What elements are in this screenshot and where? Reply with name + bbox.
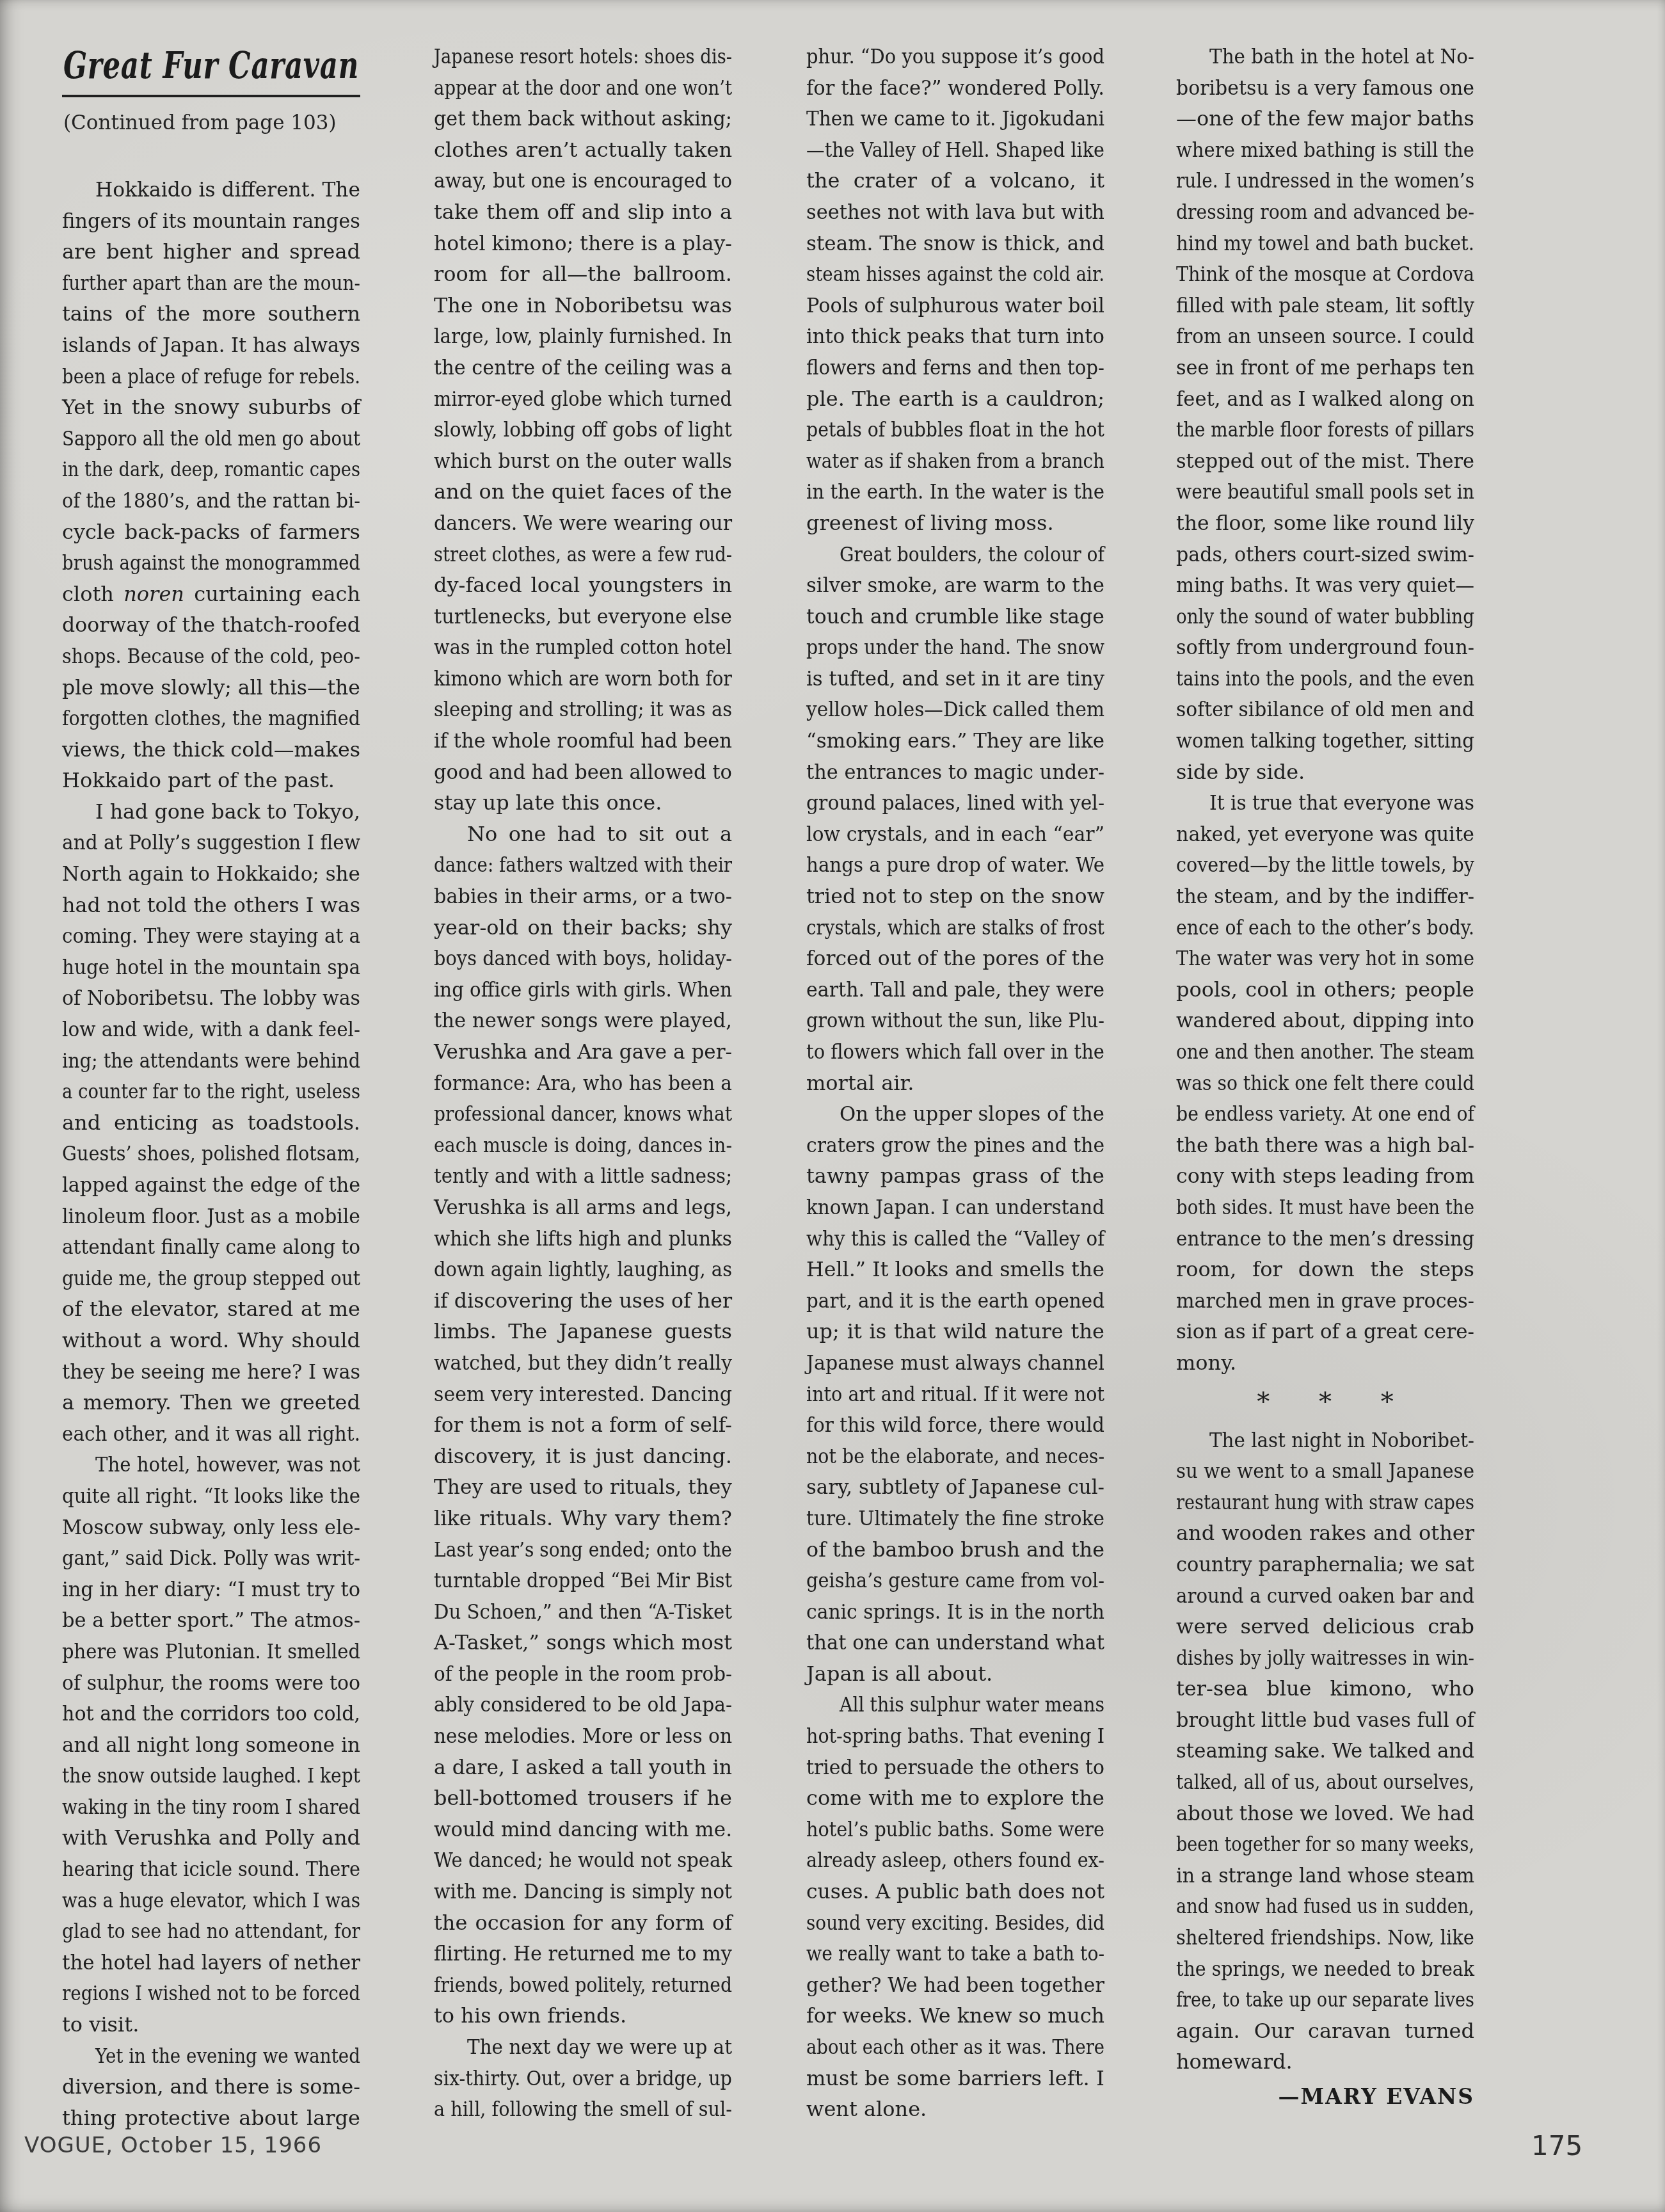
text-line: “smoking ears.” They are like (806, 725, 1104, 757)
text-line: and all night long someone in (62, 1729, 360, 1761)
text-line: sion as if part of a great cere- (1176, 1316, 1474, 1347)
article-title: Great Fur Caravan (62, 41, 360, 97)
text-line: A-Tasket,” songs which most (434, 1627, 732, 1658)
text-line: cony with steps leading from (1176, 1160, 1474, 1192)
text-line: was in the rumpled cotton hotel (434, 632, 732, 663)
text-line: Hokkaido part of the past. (62, 765, 360, 796)
text-line: that one can understand what (806, 1627, 1104, 1658)
text-line: babies in their arms, or a two- (434, 881, 732, 912)
text-line: Verushka and Ara gave a per- (434, 1036, 732, 1068)
text-line: filled with pale steam, lit softly (1176, 290, 1474, 321)
text-line: marched men in grave proces- (1176, 1285, 1474, 1317)
text-line: slowly, lobbing off gobs of light (434, 414, 732, 445)
text-line: Du Schoen,” and then “A-Tisket (434, 1596, 732, 1628)
text-line: su we went to a small Japanese (1176, 1455, 1474, 1487)
text-line: talked, all of us, about ourselves, (1176, 1767, 1474, 1798)
text-line: about those we loved. We had (1176, 1798, 1474, 1829)
text-line: the crater of a volcano, it (806, 165, 1104, 196)
text-line: flowers and ferns and then top- (806, 352, 1104, 383)
text-line: around a curved oaken bar and (1176, 1580, 1474, 1612)
text-line: a hill, following the smell of sul- (434, 2094, 732, 2125)
text-line: ing in her diary: “I must try to (62, 1574, 360, 1605)
text-line: room for all—the ballroom. (434, 259, 732, 290)
text-line: petals of bubbles float in the hot (806, 414, 1104, 445)
text-line: was a huge elevator, which I was (62, 1885, 360, 1916)
text-line: hearing that icicle sound. There (62, 1854, 360, 1885)
text-line: went alone. (806, 2094, 1104, 2125)
text-line: I had gone back to Tokyo, (62, 796, 360, 828)
text-line: the newer songs were played, (434, 1005, 732, 1036)
text-line: tried to persuade the others to (806, 1752, 1104, 1783)
text-line: It is true that everyone was (1176, 787, 1474, 819)
text-line: tried not to step on the snow (806, 881, 1104, 912)
text-line: in the earth. In the water is the (806, 476, 1104, 508)
text-line: down again lightly, laughing, as (434, 1254, 732, 1285)
text-line: of the elevator, stared at me (62, 1294, 360, 1325)
text-line: silver smoke, are warm to the (806, 570, 1104, 601)
author-byline: —MARY EVANS (1176, 2081, 1474, 2112)
text-line: with Verushka and Polly and (62, 1822, 360, 1854)
text-line: diversion, and there is some- (62, 2071, 360, 2103)
text-line: of the 1880’s, and the rattan bi- (62, 485, 360, 517)
text-line: and snow had fused us in sudden, (1176, 1891, 1474, 1922)
text-line: further apart than are the moun- (62, 268, 360, 299)
text-line: They are used to rituals, they (434, 1471, 732, 1503)
text-line: in a strange land whose steam (1176, 1860, 1474, 1891)
text-line: lapped against the edge of the (62, 1169, 360, 1201)
text-line: and enticing as toadstools. (62, 1107, 360, 1139)
text-line: ing; the attendants were behind (62, 1045, 360, 1077)
text-line: seethes not with lava but with (806, 196, 1104, 228)
text-line: the hotel had layers of nether (62, 1947, 360, 1978)
text-line: room, for down the steps (1176, 1254, 1474, 1285)
text-line: hind my towel and bath bucket. (1176, 228, 1474, 259)
text-line: ably considered to be old Japa- (434, 1689, 732, 1720)
text-line: watched, but they didn’t really (434, 1347, 732, 1379)
text-line: The one in Noboribetsu was (434, 290, 732, 321)
text-line: hangs a pure drop of water. We (806, 849, 1104, 881)
text-line: shops. Because of the cold, peo- (62, 641, 360, 672)
text-line: brush against the monogrammed (62, 547, 360, 579)
text-line: six-thirty. Out, over a bridge, up (434, 2063, 732, 2094)
text-line: ground palaces, lined with yel- (806, 787, 1104, 819)
text-line: for weeks. We knew so much (806, 2000, 1104, 2032)
text-line: the springs, we needed to break (1176, 1953, 1474, 1985)
text-line: street clothes, as were a few rud- (434, 539, 732, 570)
text-column-3: phur. “Do you suppose it’s goodfor the f… (806, 41, 1104, 2125)
text-line: The water was very hot in some (1176, 943, 1474, 974)
text-line: be a better sport.” The atmos- (62, 1605, 360, 1636)
text-line: with me. Dancing is simply not (434, 1876, 732, 1907)
text-line: craters grow the pines and the (806, 1130, 1104, 1161)
footer-magazine-date: VOGUE, October 15, 1966 (24, 2133, 322, 2158)
text-column-1: Great Fur Caravan (Continued from page 1… (62, 41, 360, 2133)
text-line: ple move slowly; all this—the (62, 672, 360, 703)
text-line: come with me to explore the (806, 1783, 1104, 1814)
text-line: homeward. (1176, 2046, 1474, 2078)
text-line: glad to see had no attendant, for (62, 1916, 360, 1947)
text-line: and on the quiet faces of the (434, 476, 732, 508)
text-line: pads, others court-sized swim- (1176, 539, 1474, 570)
text-line: would mind dancing with me. (434, 1814, 732, 1845)
text-line: dishes by jolly waitresses in win- (1176, 1642, 1474, 1674)
text-line: take them off and slip into a (434, 196, 732, 228)
text-line: Verushka is all arms and legs, (434, 1192, 732, 1223)
text-line: if discovering the uses of her (434, 1285, 732, 1317)
text-line: Think of the mosque at Cordova (1176, 259, 1474, 290)
text-line: the steam, and by the indiffer- (1176, 881, 1474, 912)
text-line: where mixed bathing is still the (1176, 134, 1474, 166)
text-line: rule. I undressed in the women’s (1176, 165, 1474, 196)
text-line: stepped out of the mist. There (1176, 445, 1474, 477)
text-line: which she lifts high and plunks (434, 1223, 732, 1254)
text-line: coming. They were staying at a (62, 920, 360, 952)
text-line: we really want to take a bath to- (806, 1938, 1104, 1969)
text-line: why this is called the “Valley of (806, 1223, 1104, 1254)
text-line: Hokkaido is different. The (62, 174, 360, 205)
text-line: the centre of the ceiling was a (434, 352, 732, 383)
text-line: earth. Tall and pale, they were (806, 974, 1104, 1006)
text-line: one and then another. The steam (1176, 1036, 1474, 1068)
text-line: from an unseen source. I could (1176, 321, 1474, 352)
text-line: dy-faced local youngsters in (434, 570, 732, 601)
text-line: of sulphur, the rooms were too (62, 1667, 360, 1699)
text-line: low and wide, with a dank feel- (62, 1014, 360, 1045)
text-line: sary, subtlety of Japanese cul- (806, 1471, 1104, 1503)
text-line: bell-bottomed trousers if he (434, 1783, 732, 1814)
text-line: guide me, the group stepped out (62, 1263, 360, 1294)
text-line: Great boulders, the colour of (806, 539, 1104, 570)
text-line: limbs. The Japanese guests (434, 1316, 732, 1347)
text-line: doorway of the thatch-roofed (62, 609, 360, 641)
text-line: year-old on their backs; shy (434, 912, 732, 943)
text-line: turtlenecks, but everyone else (434, 601, 732, 632)
text-line: about each other as it was. There (806, 2032, 1104, 2063)
text-line: mony. (1176, 1347, 1474, 1379)
text-line: ple. The earth is a cauldron; (806, 383, 1104, 415)
text-line: for this wild force, there would (806, 1409, 1104, 1441)
text-line: props under the hand. The snow (806, 632, 1104, 663)
text-line: yellow holes—Dick called them (806, 694, 1104, 725)
text-line: away, but one is encouraged to (434, 165, 732, 196)
text-line: into art and ritual. If it were not (806, 1379, 1104, 1410)
text-line: a counter far to the right, useless (62, 1076, 360, 1107)
text-line: waking in the tiny room I shared (62, 1791, 360, 1823)
text-line: hot-spring baths. That evening I (806, 1720, 1104, 1752)
text-line: if the whole roomful had been (434, 725, 732, 757)
text-line: a memory. Then we greeted (62, 1387, 360, 1418)
text-line: had not told the others I was (62, 890, 360, 921)
text-line: phere was Plutonian. It smelled (62, 1636, 360, 1667)
text-line: —the Valley of Hell. Shaped like (806, 134, 1104, 166)
text-line: which burst on the outer walls (434, 445, 732, 477)
text-line: tains into the pools, and the even (1176, 663, 1474, 694)
text-line: linoleum floor. Just as a mobile (62, 1201, 360, 1232)
text-line: Hell.” It looks and smells the (806, 1254, 1104, 1285)
text-line: must be some barriers left. I (806, 2063, 1104, 2094)
text-line: flirting. He returned me to my (434, 1938, 732, 1969)
text-line: quite all right. “It looks like the (62, 1480, 360, 1512)
text-line: get them back without asking; (434, 103, 732, 134)
text-line: sound very exciting. Besides, did (806, 1907, 1104, 1939)
text-line: discovery, it is just dancing. (434, 1441, 732, 1472)
text-line: hotel kimono; there is a play- (434, 228, 732, 259)
text-line: formance: Ara, who has been a (434, 1068, 732, 1099)
text-line: up; it is that wild nature the (806, 1316, 1104, 1347)
text-line: feet, and as I walked along on (1176, 383, 1474, 415)
text-line: ing office girls with girls. When (434, 974, 732, 1006)
text-line: the floor, some like round lily (1176, 508, 1474, 539)
text-line: phur. “Do you suppose it’s good (806, 41, 1104, 72)
text-line: Sapporo all the old men go about (62, 423, 360, 454)
text-line: for them is not a form of self- (434, 1409, 732, 1441)
text-line: regions I wished not to be forced (62, 1978, 360, 2009)
text-line: —one of the few major baths (1176, 103, 1474, 134)
text-line: mortal air. (806, 1068, 1104, 1099)
section-divider: * * * (1176, 1379, 1474, 1425)
text-line: Guests’ shoes, polished flotsam, (62, 1138, 360, 1169)
text-line: ming baths. It was very quiet— (1176, 570, 1474, 601)
text-line: mirror-eyed globe which turned (434, 383, 732, 415)
text-line: tawny pampas grass of the (806, 1160, 1104, 1192)
text-line: in the dark, deep, romantic capes (62, 454, 360, 485)
text-line: cuses. A public bath does not (806, 1876, 1104, 1907)
text-line: nese melodies. More or less on (434, 1720, 732, 1752)
text-line: Japanese must always channel (806, 1347, 1104, 1379)
text-line: wandered about, dipping into (1176, 1005, 1474, 1036)
text-line: forced out of the pores of the (806, 943, 1104, 974)
text-line: cycle back-packs of farmers (62, 517, 360, 548)
text-line: softer sibilance of old men and (1176, 694, 1474, 725)
text-line: not be the elaborate, and neces- (806, 1441, 1104, 1472)
text-line: dance: fathers waltzed with their (434, 849, 732, 881)
text-line: Last year’s song ended; onto the (434, 1534, 732, 1566)
text-line: and wooden rakes and other (1176, 1518, 1474, 1549)
text-line: and at Polly’s suggestion I flew (62, 827, 360, 858)
text-line: for the face?” wondered Polly. (806, 72, 1104, 104)
text-line: crystals, which are stalks of frost (806, 912, 1104, 943)
text-line: Japanese resort hotels: shoes dis- (434, 41, 732, 72)
text-line: tently and with a little sadness; (434, 1160, 732, 1192)
text-line: All this sulphur water means (806, 1689, 1104, 1720)
text-line: attendant finally came along to (62, 1231, 360, 1263)
text-line: tains of the more southern (62, 298, 360, 330)
text-line: women talking together, sitting (1176, 725, 1474, 757)
text-line: The bath in the hotel at No- (1176, 41, 1474, 72)
text-line: grown without the sun, like Plu- (806, 1005, 1104, 1036)
text-line: islands of Japan. It has always (62, 330, 360, 361)
text-line: the snow outside laughed. I kept (62, 1760, 360, 1791)
text-line: gether? We had been together (806, 1969, 1104, 2001)
text-line: gant,” said Dick. Polly was writ- (62, 1543, 360, 1574)
text-line: sheltered friendships. Now, like (1176, 1922, 1474, 1953)
text-line: touch and crumble like stage (806, 601, 1104, 632)
text-line: Moscow subway, only less ele- (62, 1512, 360, 1543)
text-line: No one had to sit out a (434, 819, 732, 850)
text-line: canic springs. It is in the north (806, 1596, 1104, 1628)
text-line: geisha’s gesture came from vol- (806, 1565, 1104, 1596)
text-line: Pools of sulphurous water boil (806, 290, 1104, 321)
text-line: naked, yet everyone was quite (1176, 819, 1474, 850)
text-line: part, and it is the earth opened (806, 1285, 1104, 1317)
text-line: turntable dropped “Bei Mir Bist (434, 1565, 732, 1596)
page-number: 175 (1531, 2130, 1582, 2161)
text-line: of the people in the room prob- (434, 1658, 732, 1690)
text-line: ence of each to the other’s body. (1176, 912, 1474, 943)
text-line: the bath there was a high bal- (1176, 1130, 1474, 1161)
text-line: stay up late this once. (434, 787, 732, 819)
text-line: brought little bud vases full of (1176, 1704, 1474, 1736)
text-line: country paraphernalia; we sat (1176, 1549, 1474, 1580)
text-line: again. Our caravan turned (1176, 2016, 1474, 2047)
text-line: a dare, I asked a tall youth in (434, 1752, 732, 1783)
text-line: thing protective about large (62, 2103, 360, 2134)
text-line: see in front of me perhaps ten (1176, 352, 1474, 383)
text-line: each other, and it was all right. (62, 1418, 360, 1450)
text-line: entrance to the men’s dressing (1176, 1223, 1474, 1254)
text-line: We danced; he would not speak (434, 1845, 732, 1876)
text-line: North again to Hokkaido; she (62, 858, 360, 890)
text-line: they be seeing me here? I was (62, 1356, 360, 1388)
text-line: already asleep, others found ex- (806, 1845, 1104, 1876)
text-line: steam hisses against the cold air. (806, 259, 1104, 290)
text-line: the marble floor forests of pillars (1176, 414, 1474, 445)
text-line: Yet in the evening we wanted (62, 2040, 360, 2072)
text-line: into thick peaks that turn into (806, 321, 1104, 352)
text-line: to visit. (62, 2009, 360, 2040)
text-line: steam. The snow is thick, and (806, 228, 1104, 259)
text-line: boribetsu is a very famous one (1176, 72, 1474, 104)
text-line: greenest of living moss. (806, 508, 1104, 539)
text-line: the entrances to magic under- (806, 757, 1104, 788)
text-line: boys danced with boys, holiday- (434, 943, 732, 974)
text-line: hotel’s public baths. Some were (806, 1814, 1104, 1845)
text-line: was so thick one felt there could (1176, 1068, 1474, 1099)
text-line: sleeping and strolling; it was as (434, 694, 732, 725)
text-line: be endless variety. At one end of (1176, 1098, 1474, 1130)
text-line: were beautiful small pools set in (1176, 476, 1474, 508)
text-line: The next day we were up at (434, 2032, 732, 2063)
text-line: been a place of refuge for rebels. (62, 361, 360, 392)
text-line: dressing room and advanced be- (1176, 196, 1474, 228)
text-line: to flowers which fall over in the (806, 1036, 1104, 1068)
text-line: ture. Ultimately the fine stroke (806, 1503, 1104, 1534)
text-line: water as if shaken from a branch (806, 445, 1104, 477)
text-line: forgotten clothes, the magnified (62, 703, 360, 734)
magazine-page: Great Fur Caravan (Continued from page 1… (0, 0, 1665, 2212)
text-line: Japan is all about. (806, 1658, 1104, 1690)
text-line: huge hotel in the mountain spa (62, 952, 360, 983)
text-line: pools, cool in others; people (1176, 974, 1474, 1006)
text-line: steaming sake. We talked and (1176, 1735, 1474, 1767)
text-line: like rituals. Why vary them? (434, 1503, 732, 1534)
text-line: is tufted, and set in it are tiny (806, 663, 1104, 694)
text-line: covered—by the little towels, by (1176, 849, 1474, 881)
text-line: ter-sea blue kimono, who (1176, 1673, 1474, 1704)
text-line: were served delicious crab (1176, 1611, 1474, 1642)
text-line: Then we came to it. Jigokudani (806, 103, 1104, 134)
text-line: The last night in Noboribet- (1176, 1425, 1474, 1456)
text-line: been together for so many weeks, (1176, 1829, 1474, 1860)
text-line: each muscle is doing, dances in- (434, 1130, 732, 1161)
text-line: fingers of its mountain ranges (62, 205, 360, 237)
text-line: hot and the corridors too cold, (62, 1698, 360, 1729)
text-line: free, to take up our separate lives (1176, 1984, 1474, 2016)
text-line: On the upper slopes of the (806, 1098, 1104, 1130)
text-line: dancers. We were wearing our (434, 508, 732, 539)
article-heading: Great Fur Caravan (Continued from page 1… (62, 41, 360, 174)
text-line: large, low, plainly furnished. In (434, 321, 732, 352)
text-line: both sides. It must have been the (1176, 1192, 1474, 1223)
text-line: good and had been allowed to (434, 757, 732, 788)
text-line: only the sound of water bubbling (1176, 601, 1474, 632)
text-column-2: Japanese resort hotels: shoes dis-appear… (434, 41, 732, 2125)
text-line: without a word. Why should (62, 1325, 360, 1356)
text-line: views, the thick cold—makes (62, 734, 360, 765)
article-title-text: Great Fur Caravan (63, 44, 359, 87)
text-line: Yet in the snowy suburbs of (62, 392, 360, 423)
text-line: seem very interested. Dancing (434, 1379, 732, 1410)
text-column-4: The bath in the hotel at No-boribetsu is… (1176, 41, 1474, 2112)
text-line: kimono which are worn both for (434, 663, 732, 694)
text-line: clothes aren’t actually taken (434, 134, 732, 166)
text-line: side by side. (1176, 757, 1474, 788)
text-line: appear at the door and one won’t (434, 72, 732, 104)
text-line: professional dancer, knows what (434, 1098, 732, 1130)
text-line: of the bamboo brush and the (806, 1534, 1104, 1566)
text-line: to his own friends. (434, 2000, 732, 2032)
text-line: are bent higher and spread (62, 236, 360, 268)
text-line: friends, bowed politely, returned (434, 1969, 732, 2001)
text-line: low crystals, and in each “ear” (806, 819, 1104, 850)
text-line: cloth noren curtaining each (62, 579, 360, 610)
continued-note: (Continued from page 103) (62, 111, 360, 134)
text-line: the occasion for any form of (434, 1907, 732, 1939)
text-line: restaurant hung with straw capes (1176, 1487, 1474, 1518)
text-line: of Noboribetsu. The lobby was (62, 982, 360, 1014)
text-line: softly from underground foun- (1176, 632, 1474, 663)
text-line: known Japan. I can understand (806, 1192, 1104, 1223)
text-line: The hotel, however, was not (62, 1449, 360, 1480)
